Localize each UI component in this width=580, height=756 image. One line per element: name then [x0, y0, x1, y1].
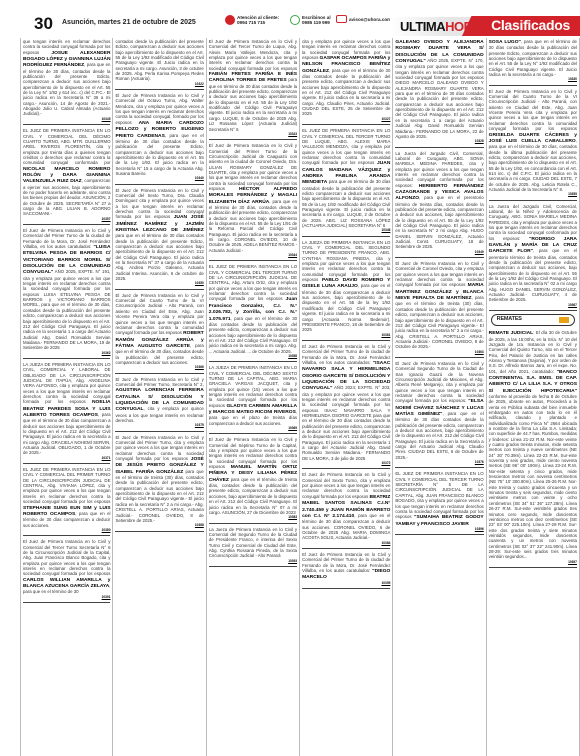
legal-notice: El Juez de Primera Instancia en lo Civil… — [302, 343, 390, 470]
legal-notice: El Juez de Primera Instancia en lo Civil… — [115, 434, 203, 532]
notice-code: 10355 — [489, 192, 577, 197]
notice-text: LA JUEZA DE PRIMERA INSTANCIA EN LO CIVI… — [302, 240, 390, 282]
notice-code: 10349 — [395, 250, 483, 255]
notice-text: , para que en el término de 30 días, con… — [23, 62, 110, 116]
legal-notice: REMATE JUDICIAL: El día 30 de Octubre de… — [489, 329, 577, 568]
notice-text: El Juez de Primera Instancia en lo Civil… — [23, 539, 110, 576]
notice-parties: FABIÁN FRETES FARIÑA E INÉS CAROLINA TOR… — [209, 72, 297, 83]
notice-code: 10396 — [395, 527, 483, 532]
notice-text: , para que en el término de 30 días, con… — [209, 199, 297, 253]
notice-code: 10384 — [302, 541, 390, 546]
email-icon — [336, 15, 347, 23]
notice-code: 10376 — [395, 460, 483, 465]
gavel-icon — [559, 317, 569, 323]
notice-code: 10363 — [395, 350, 483, 355]
notice-text: , para que en el término de 30 días cont… — [395, 411, 483, 460]
legal-notice: cita y emplaza por quince veces a los qu… — [302, 38, 390, 125]
legal-notice: LA JUEZA DE PRIMERA INSTANCIA EN LO CIVI… — [209, 364, 297, 434]
notice-text: EL JUEZ DE PRIMERA INSTANCIA EN LO CIVIL… — [395, 471, 483, 519]
legal-notice: El Juez de Primera Instancia en lo Civil… — [115, 92, 203, 185]
section-banner: Clasificados — [462, 16, 580, 36]
legal-notice: El Juez de Primera Instancia en lo Civil… — [395, 260, 483, 358]
page-number: 30 — [34, 14, 53, 34]
legal-notice: EL JUEZ DE PRIMERA INSTANCIA EN LO CIVIL… — [23, 127, 110, 225]
section-title: Clasificados — [491, 17, 570, 33]
notice-text: , para que en el término de 30 días, con… — [489, 138, 577, 192]
legal-notice: La Jueza de Primera Instancia en lo Civi… — [209, 526, 297, 567]
legal-notice: EL JUEZ DE PRIMERA INSTANCIA EN LO CIVIL… — [23, 466, 110, 536]
column-2: contados desde la publicación del presen… — [113, 38, 206, 756]
notice-text: , para que en el término de 30 días cont… — [489, 39, 577, 77]
legal-notice: El Juez de Primera Instancia en lo Civil… — [23, 538, 110, 603]
notice-code: 10393 — [209, 559, 297, 564]
notice-code: 10345 — [23, 117, 110, 122]
legal-notice: LA JUEZA DE PRIMERA INSTANCIA EN LO CIVI… — [23, 361, 110, 464]
contact-value: 0985 119 999 — [302, 20, 330, 25]
legal-notice: LA JUEZA DE PRIMERA INSTANCIA EN LO CIVI… — [302, 239, 390, 341]
notice-text: EL JUEZ DE PRIMERA INSTANCIA EN LO CIVIL… — [23, 467, 110, 504]
notice-text: , para que en el término de treinta (30)… — [395, 295, 483, 349]
notice-text: EL JUEZ DE PRIMERA INSTANCIA EN LO CIVIL… — [302, 128, 390, 165]
notice-code: 10357 — [23, 217, 110, 222]
legal-notice: El Juez de Primera Instancia en lo Civil… — [302, 551, 390, 589]
remates-section-header: REMATES — [491, 314, 575, 326]
notice-code: 10375 — [115, 423, 203, 428]
notice-text: , comparezcan a ejercer sus acciones, ba… — [23, 178, 110, 216]
notice-code: 10344 — [209, 253, 297, 258]
notice-parties: GRISELDA DUARTE CÁCERES y JOSÉ LUIS CUEL… — [489, 133, 577, 144]
notice-code: 10380 — [23, 528, 110, 533]
notice-text: para que en el término de treinta días, … — [209, 477, 297, 515]
notice-text: , para que en el perentorio término de t… — [395, 195, 483, 249]
notice-text: El Juez de Primera Instancia en lo Civil… — [209, 143, 297, 191]
notice-text: AÑO 2025, EXPTE. N° 191, cita y emplaza … — [23, 269, 110, 350]
notice-code: 10369 — [209, 426, 297, 431]
notice-text: contados desde la publicación del presen… — [115, 39, 203, 81]
notice-text: AÑO 2025, EXPTE. N° 170, cita y emplaza … — [395, 58, 483, 139]
notice-text: El Juez de Primera Instancia en lo Civil… — [115, 293, 203, 335]
brand-left: ULTIMA — [400, 19, 445, 34]
notice-code: 10346 — [302, 228, 390, 233]
notice-text: para que en el término de 30 días contad… — [115, 233, 203, 281]
notice-code: 10395 — [302, 581, 390, 586]
notice-text: La Jueza de Primera Instancia en lo Civi… — [209, 527, 297, 559]
notice-text: El Juez de Primera Instancia en lo Civil… — [209, 39, 297, 71]
legal-notice: El Juez de Primera Instancia en lo Civil… — [209, 142, 297, 261]
legal-notice: El Juez de Primera Instancia en lo Civil… — [209, 38, 297, 140]
notice-text: LA JUEZA DE PRIMERA INSTANCIA EN LO CIVI… — [23, 362, 110, 404]
legal-notice: El Juez de Primera Instancia en lo Civil… — [115, 376, 203, 432]
notice-text: para que en término de 30 días contados … — [209, 77, 297, 131]
column-3: El Juez de Primera Instancia en lo Civil… — [207, 38, 300, 756]
notice-parties: CARLOS WILLIAN AMARILLA y BLANCA AZUCENA… — [23, 578, 110, 589]
notice-text: , para que en el término de 30 días cont… — [115, 133, 203, 176]
notice-text: , para que en el término de 30 días cont… — [302, 68, 390, 117]
legal-notice: EL JUEZ DE PRIMERA INSTANCIA EN LO CIVIL… — [302, 127, 390, 237]
customer-service-contact: Atención al cliente:0994 715 715 — [225, 15, 279, 25]
notice-text: El Juez de Primera Instancia en lo Civil… — [115, 377, 203, 387]
column-1: que tengan interés en reclamar derechos … — [20, 38, 113, 756]
notice-code: 10322 — [115, 82, 203, 87]
legal-notice: que tengan interés en reclamar derechos … — [23, 38, 110, 125]
notice-text: , para que en el término de 30 días cont… — [209, 316, 297, 354]
legal-notice: SOSA LUGO", para que en el término de 30… — [489, 38, 577, 86]
legal-notice: El Juez de Primera Instancia en lo Civil… — [489, 88, 577, 201]
notice-code: 10366 — [115, 365, 203, 370]
legal-notice: EL JUEZ DE PRIMERA INSTANCIA EN LO CIVIL… — [395, 470, 483, 535]
notice-text: LA JUEZA DE PRIMERA INSTANCIA EN LO CIVI… — [209, 365, 297, 407]
legal-notice: El Juez de Primera Instancia en lo Civil… — [395, 360, 483, 469]
whatsapp-icon — [290, 15, 300, 25]
notice-text: El Juez de Primera Instancia en lo Civil… — [395, 361, 483, 403]
phone-icon — [225, 15, 235, 25]
notice-text: : El día 30 de Octubre de 2025, a las 15… — [489, 330, 577, 373]
notice-code: 10350 — [115, 281, 203, 286]
notice-text: , para que en el término de 30 días comp… — [302, 283, 390, 332]
notice-code: 10327 — [302, 117, 390, 122]
legal-notice: El Juez de Primera Instancia en lo Civil… — [115, 187, 203, 290]
notice-text: para que en el término de treinta (30) d… — [115, 469, 203, 523]
notice-text: El Juez de Primera Instancia en lo Civil… — [489, 89, 577, 131]
notice-text: para que en término de 30 días contados … — [302, 179, 390, 228]
notice-text: AÑO 2024; EXPTE. N° 203, cita y emplaza … — [302, 385, 390, 460]
column-4: cita y emplaza por quince veces a los qu… — [300, 38, 393, 756]
legal-notice: El Juez de Primera Instancia en lo Civil… — [209, 436, 297, 523]
notice-code: 10383 — [209, 515, 297, 520]
notice-code: 10372 — [302, 461, 390, 466]
legal-notice: La Jueza del Jurgado Civil, Comercial, L… — [395, 150, 483, 259]
notice-parties: REMATE JUDICIAL — [489, 331, 534, 336]
legal-notice: El Juez de Primera Instancia en lo Civil… — [115, 292, 203, 374]
column-6: SOSA LUGO", para que en el término de 30… — [487, 38, 580, 756]
notice-code: 10362 — [23, 351, 110, 356]
notice-code: 10391 — [23, 595, 110, 600]
column-5: GALEANO OVIEDO Y ALEJANDRA ROSMARY DUART… — [393, 38, 486, 756]
classifieds-columns: que tengan interés en reclamar derechos … — [20, 38, 580, 756]
legal-notice: contados desde la publicación del presen… — [115, 38, 203, 90]
whatsapp-contact: Escribinos al0985 119 999 — [290, 15, 331, 25]
notice-code: 10358 — [209, 354, 297, 359]
notice-code: 10330 — [489, 77, 577, 82]
notice-text: EL JUEZ DE PRIMERA INSTANCIA EN LO CIVIL… — [23, 128, 110, 165]
notice-text: La Jueza del Jurgado Civil, Comercial, L… — [395, 151, 483, 188]
legal-notice: EL JUEZ DE PRIMERA INSTANCIA EN LO CIVIL… — [209, 263, 297, 362]
page-header: 30 Asunción, martes 21 de octubre de 202… — [0, 0, 580, 36]
notice-parties: SOSA LUGO" — [489, 40, 521, 45]
notice-code: 10361 — [302, 333, 390, 338]
legal-notice: La Jueza del Juzgado Civil, Comercial, L… — [489, 203, 577, 312]
legal-notice: El Juez de Primera Instancia en lo Civil… — [23, 227, 110, 359]
notice-text: , para que en el término de 30 días comp… — [23, 412, 110, 455]
notice-code: 10367 — [489, 303, 577, 308]
notice-code: 10340 — [115, 176, 203, 181]
remates-label: REMATES — [497, 317, 522, 322]
notice-code: 10397 — [489, 560, 577, 565]
notice-code: 10388 — [115, 523, 203, 528]
notice-text: conforme al proveído de fecha 8 de Octub… — [489, 394, 577, 559]
notice-code: 10328 — [395, 139, 483, 144]
notice-code: 10371 — [23, 456, 110, 461]
notice-text: EL JUEZ DE PRIMERA INSTANCIA EN LO CIVIL… — [209, 264, 297, 301]
contact-value: 0994 715 715 — [237, 20, 265, 25]
legal-notice: GALEANO OVIEDO Y ALEJANDRA ROSMARY DUART… — [395, 38, 483, 148]
notice-text: La Jueza del Juzgado Civil, Comercial, L… — [489, 204, 577, 241]
issue-date: Asunción, martes 21 de octubre de 2025 — [62, 19, 196, 26]
legal-notice: El Juez de Primera Instancia en lo Civil… — [302, 471, 390, 548]
notice-text: , para que en el perentorio término de t… — [489, 248, 577, 302]
email-contact: avisos@uhora.com.py — [336, 15, 398, 23]
notice-code: 10323 — [209, 132, 297, 137]
